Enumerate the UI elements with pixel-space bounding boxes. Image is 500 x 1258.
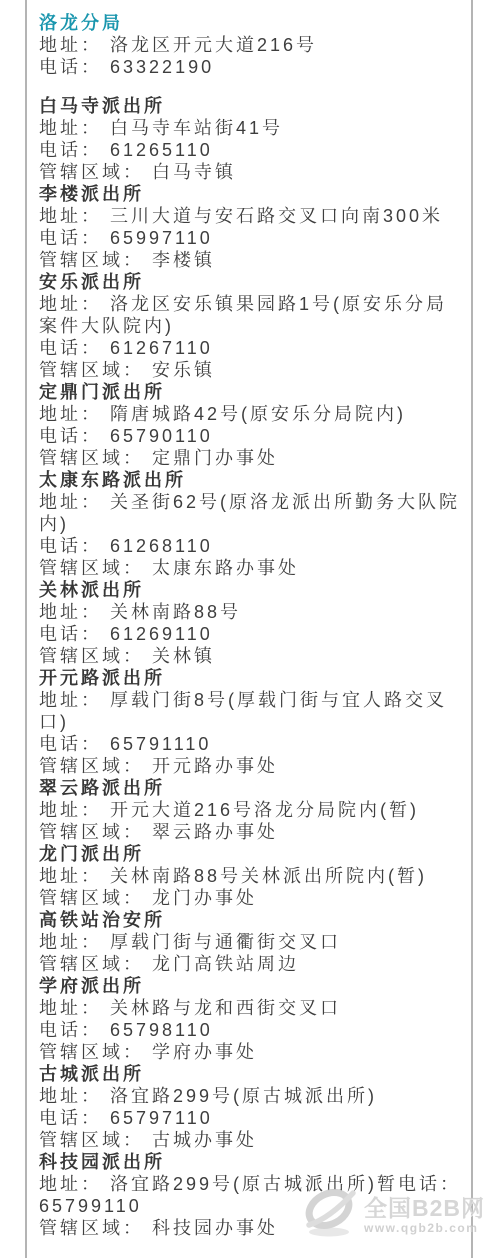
station-address-line: 地址： 关林南路88号 <box>39 601 463 623</box>
phone-label: 电话： <box>39 57 110 77</box>
table-border-left <box>25 0 27 1258</box>
station-phone-line: 电话： 65798110 <box>39 1019 463 1041</box>
station-region-line: 管辖区域： 白马寺镇 <box>39 161 463 183</box>
section-spacer <box>39 78 463 95</box>
address-label: 地址： <box>39 35 110 55</box>
station-region-line: 管辖区域： 关林镇 <box>39 645 463 667</box>
station-entry: 开元路派出所地址： 厚载门街8号(厚载门街与宜人路交叉口)电话： 6579111… <box>39 667 463 777</box>
station-address-line: 地址： 洛宜路299号(原古城派出所)暂电话： 65799110 <box>39 1173 463 1217</box>
station-phone-line: 电话： 65791110 <box>39 733 463 755</box>
station-name: 翠云路派出所 <box>39 777 463 799</box>
station-entry: 翠云路派出所地址： 开元大道216号洛龙分局院内(暂)管辖区域： 翠云路办事处 <box>39 777 463 843</box>
station-address-line: 地址： 洛龙区安乐镇果园路1号(原安乐分局案件大队院内) <box>39 293 463 337</box>
station-entry: 白马寺派出所地址： 白马寺车站街41号电话： 61265110管辖区域： 白马寺… <box>39 95 463 183</box>
station-region-line: 管辖区域： 开元路办事处 <box>39 755 463 777</box>
station-name: 李楼派出所 <box>39 183 463 205</box>
station-phone-line: 电话： 61268110 <box>39 535 463 557</box>
station-name: 龙门派出所 <box>39 843 463 865</box>
station-region-line: 管辖区域： 太康东路办事处 <box>39 557 463 579</box>
station-entry: 李楼派出所地址： 三川大道与安石路交叉口向南300米电话： 65997110管辖… <box>39 183 463 271</box>
station-entry: 学府派出所地址： 关林路与龙和西街交叉口电话： 65798110管辖区域： 学府… <box>39 975 463 1063</box>
station-address-line: 地址： 洛宜路299号(原古城派出所) <box>39 1085 463 1107</box>
bureau-phone-line: 电话： 63322190 <box>39 56 463 78</box>
content-column: 洛龙分局 地址： 洛龙区开元大道216号 电话： 63322190 白马寺派出所… <box>39 12 463 1239</box>
station-entry: 龙门派出所地址： 关林南路88号关林派出所院内(暂)管辖区域： 龙门办事处 <box>39 843 463 909</box>
station-entry: 关林派出所地址： 关林南路88号电话： 61269110管辖区域： 关林镇 <box>39 579 463 667</box>
station-name: 科技园派出所 <box>39 1151 463 1173</box>
station-region-line: 管辖区域： 龙门办事处 <box>39 887 463 909</box>
station-name: 定鼎门派出所 <box>39 381 463 403</box>
table-border-right <box>471 0 473 1258</box>
station-region-line: 管辖区域： 翠云路办事处 <box>39 821 463 843</box>
station-address-line: 地址： 关圣街62号(原洛龙派出所勤务大队院内) <box>39 491 463 535</box>
station-phone-line: 电话： 61265110 <box>39 139 463 161</box>
station-entry: 安乐派出所地址： 洛龙区安乐镇果园路1号(原安乐分局案件大队院内)电话： 612… <box>39 271 463 381</box>
bureau-address-value: 洛龙区开元大道216号 <box>110 35 317 55</box>
station-address-line: 地址： 厚载门街8号(厚载门街与宜人路交叉口) <box>39 689 463 733</box>
station-name: 古城派出所 <box>39 1063 463 1085</box>
station-region-line: 管辖区域： 古城办事处 <box>39 1129 463 1151</box>
station-address-line: 地址： 隋唐城路42号(原安乐分局院内) <box>39 403 463 425</box>
station-region-line: 管辖区域： 安乐镇 <box>39 359 463 381</box>
station-name: 关林派出所 <box>39 579 463 601</box>
station-entry: 高铁站治安所地址： 厚载门街与通衢街交叉口管辖区域： 龙门高铁站周边 <box>39 909 463 975</box>
bureau-phone-value: 63322190 <box>110 57 214 77</box>
station-address-line: 地址： 关林路与龙和西街交叉口 <box>39 997 463 1019</box>
station-address-line: 地址： 白马寺车站街41号 <box>39 117 463 139</box>
station-phone-line: 电话： 61269110 <box>39 623 463 645</box>
station-name: 太康东路派出所 <box>39 469 463 491</box>
station-phone-line: 电话： 61267110 <box>39 337 463 359</box>
station-region-line: 管辖区域： 李楼镇 <box>39 249 463 271</box>
station-region-line: 管辖区域： 科技园办事处 <box>39 1217 463 1239</box>
station-name: 高铁站治安所 <box>39 909 463 931</box>
station-region-line: 管辖区域： 学府办事处 <box>39 1041 463 1063</box>
station-phone-line: 电话： 65997110 <box>39 227 463 249</box>
bureau-address-line: 地址： 洛龙区开元大道216号 <box>39 34 463 56</box>
station-address-line: 地址： 关林南路88号关林派出所院内(暂) <box>39 865 463 887</box>
stations-list: 白马寺派出所地址： 白马寺车站街41号电话： 61265110管辖区域： 白马寺… <box>39 95 463 1239</box>
station-region-line: 管辖区域： 龙门高铁站周边 <box>39 953 463 975</box>
station-entry: 定鼎门派出所地址： 隋唐城路42号(原安乐分局院内)电话： 65790110管辖… <box>39 381 463 469</box>
station-address-line: 地址： 厚载门街与通衢街交叉口 <box>39 931 463 953</box>
bureau-title: 洛龙分局 <box>39 12 463 34</box>
station-phone-line: 电话： 65790110 <box>39 425 463 447</box>
station-entry: 科技园派出所地址： 洛宜路299号(原古城派出所)暂电话： 65799110管辖… <box>39 1151 463 1239</box>
station-name: 学府派出所 <box>39 975 463 997</box>
station-entry: 太康东路派出所地址： 关圣街62号(原洛龙派出所勤务大队院内)电话： 61268… <box>39 469 463 579</box>
station-name: 白马寺派出所 <box>39 95 463 117</box>
station-region-line: 管辖区域： 定鼎门办事处 <box>39 447 463 469</box>
station-name: 安乐派出所 <box>39 271 463 293</box>
station-address-line: 地址： 三川大道与安石路交叉口向南300米 <box>39 205 463 227</box>
station-name: 开元路派出所 <box>39 667 463 689</box>
station-address-line: 地址： 开元大道216号洛龙分局院内(暂) <box>39 799 463 821</box>
station-phone-line: 电话： 65797110 <box>39 1107 463 1129</box>
station-entry: 古城派出所地址： 洛宜路299号(原古城派出所)电话： 65797110管辖区域… <box>39 1063 463 1151</box>
